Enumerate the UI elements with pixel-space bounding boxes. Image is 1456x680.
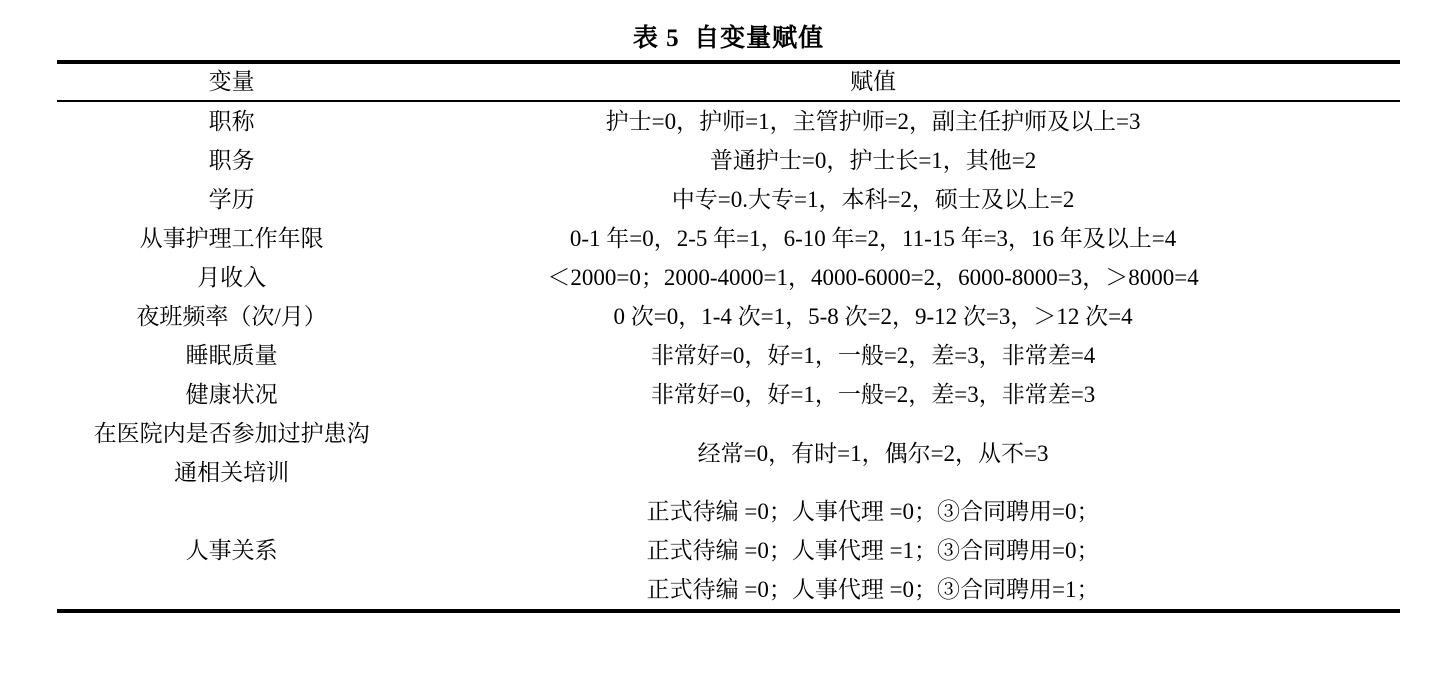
table-row: 人事关系 正式待编 =0；人事代理 =0；③合同聘用=0； 正式待编 =0；人事… (57, 492, 1400, 609)
variable-cell: 职称 (57, 102, 406, 141)
value-cell: 0-1 年=0，2-5 年=1，6-10 年=2，11-15 年=3，16 年及… (406, 219, 1400, 258)
header-value: 赋值 (406, 64, 1400, 100)
assignment-table: 变量 赋值 职称 护士=0，护师=1，主管护师=2，副主任护师及以上=3 职务 … (57, 60, 1400, 613)
variable-cell: 在医院内是否参加过护患沟 通相关培训 (57, 414, 406, 492)
table-row: 在医院内是否参加过护患沟 通相关培训 经常=0，有时=1，偶尔=2，从不=3 (57, 414, 1400, 492)
variable-cell: 睡眠质量 (57, 336, 406, 375)
table-row: 睡眠质量 非常好=0，好=1，一般=2，差=3，非常差=4 (57, 336, 1400, 375)
variable-cell: 月收入 (57, 258, 406, 297)
value-cell: 非常好=0，好=1，一般=2，差=3，非常差=4 (406, 336, 1400, 375)
value-cell: 经常=0，有时=1，偶尔=2，从不=3 (406, 434, 1400, 473)
table-row: 学历 中专=0.大专=1，本科=2，硕士及以上=2 (57, 180, 1400, 219)
variable-cell: 职务 (57, 141, 406, 180)
value-cell: 护士=0，护师=1，主管护师=2，副主任护师及以上=3 (406, 102, 1400, 141)
table-row: 职称 护士=0，护师=1，主管护师=2，副主任护师及以上=3 (57, 102, 1400, 141)
value-cell: 正式待编 =0；人事代理 =0；③合同聘用=0； 正式待编 =0；人事代理 =1… (406, 492, 1400, 609)
variable-cell: 从事护理工作年限 (57, 219, 406, 258)
value-cell: 非常好=0，好=1，一般=2，差=3，非常差=3 (406, 375, 1400, 414)
table-row: 月收入 ＜2000=0；2000-4000=1，4000-6000=2，6000… (57, 258, 1400, 297)
table-header-row: 变量 赋值 (57, 64, 1400, 102)
table-row: 职务 普通护士=0，护士长=1，其他=2 (57, 141, 1400, 180)
table-row: 从事护理工作年限 0-1 年=0，2-5 年=1，6-10 年=2，11-15 … (57, 219, 1400, 258)
table-row: 健康状况 非常好=0，好=1，一般=2，差=3，非常差=3 (57, 375, 1400, 414)
value-cell: ＜2000=0；2000-4000=1，4000-6000=2，6000-800… (406, 258, 1400, 297)
value-cell: 0 次=0，1-4 次=1，5-8 次=2，9-12 次=3，＞12 次=4 (406, 297, 1400, 336)
header-variable: 变量 (57, 64, 406, 100)
variable-cell: 夜班频率（次/月） (57, 297, 406, 336)
variable-cell: 健康状况 (57, 375, 406, 414)
value-cell: 中专=0.大专=1，本科=2，硕士及以上=2 (406, 180, 1400, 219)
value-cell: 普通护士=0，护士长=1，其他=2 (406, 141, 1400, 180)
variable-cell: 学历 (57, 180, 406, 219)
document-page: 表 5 自变量赋值 变量 赋值 职称 护士=0，护师=1，主管护师=2，副主任护… (57, 0, 1400, 613)
variable-cell: 人事关系 (57, 531, 406, 570)
table-title: 表 5 自变量赋值 (57, 18, 1400, 60)
table-row: 夜班频率（次/月） 0 次=0，1-4 次=1，5-8 次=2，9-12 次=3… (57, 297, 1400, 336)
